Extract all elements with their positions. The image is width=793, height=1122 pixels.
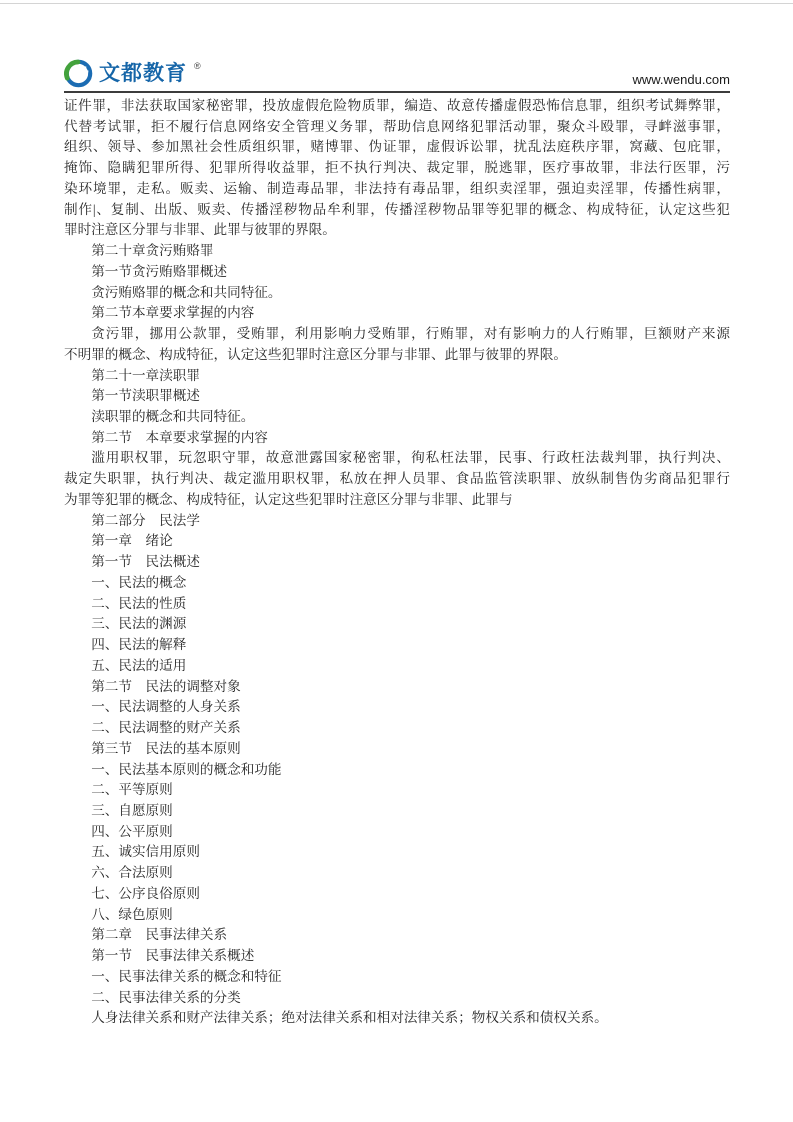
- text-line: 二、民法的性质: [64, 594, 730, 615]
- wendu-logo: 文都教育 ®: [64, 59, 200, 88]
- text-line: 第二十章贪污贿赂罪: [64, 241, 730, 262]
- page-edge-line: [0, 3, 793, 4]
- text-line: 第一节 民事法律关系概述: [64, 946, 730, 967]
- text-line: 五、诚实信用原则: [64, 842, 730, 863]
- text-line: 第二节 民法的调整对象: [64, 677, 730, 698]
- text-line: 三、民法的渊源: [64, 614, 730, 635]
- text-line: 第一节渎职罪概述: [64, 386, 730, 407]
- text-line: 第二节本章要求掌握的内容: [64, 303, 730, 324]
- text-line: 三、自愿原则: [64, 801, 730, 822]
- website-url: www.wendu.com: [632, 73, 730, 88]
- text-line: 为罪等犯罪的概念、构成特征，认定这些犯罪时注意区分罪与非罪、此罪与: [64, 490, 730, 511]
- text-line: 贪污罪，挪用公款罪，受贿罪，利用影响力受贿罪，行贿罪，对有影响力的人行贿罪，巨额…: [64, 324, 730, 345]
- text-line: 第三节 民法的基本原则: [64, 739, 730, 760]
- text-line: 罪时注意区分罪与非罪、此罪与彼罪的界限。: [64, 220, 730, 241]
- text-line: 六、合法原则: [64, 863, 730, 884]
- text-line: 第一节 民法概述: [64, 552, 730, 573]
- text-line: 第一节贪污贿赂罪概述: [64, 262, 730, 283]
- brand-name: 文都教育: [99, 63, 187, 84]
- registered-mark: ®: [194, 61, 201, 71]
- page-header: 文都教育 ® www.wendu.com: [64, 54, 730, 93]
- text-line: 组织、领导、参加黑社会性质组织罪，赌博罪、伪证罪，虚假诉讼罪，扰乱法庭秩序罪，窝…: [64, 137, 730, 158]
- text-line: 八、绿色原则: [64, 905, 730, 926]
- text-line: 掩饰、隐瞒犯罪所得、犯罪所得收益罪，拒不执行判决、裁定罪，脱逃罪，医疗事故罪，非…: [64, 158, 730, 179]
- text-line: 渎职罪的概念和共同特征。: [64, 407, 730, 428]
- text-line: 第二十一章渎职罪: [64, 366, 730, 387]
- text-line: 裁定失职罪，执行判决、裁定滥用职权罪，私放在押人员罪、食品监管渎职罪、放纵制售伪…: [64, 469, 730, 490]
- text-line: 一、民事法律关系的概念和特征: [64, 967, 730, 988]
- text-line: 二、民事法律关系的分类: [64, 988, 730, 1009]
- text-line: 第一章 绪论: [64, 531, 730, 552]
- text-line: 第二章 民事法律关系: [64, 925, 730, 946]
- text-line: 第二节 本章要求掌握的内容: [64, 428, 730, 449]
- document-body: 证件罪，非法获取国家秘密罪，投放虚假危险物质罪，编造、故意传播虚假恐怖信息罪，组…: [64, 96, 730, 1029]
- text-line: 五、民法的适用: [64, 656, 730, 677]
- document-page: 文都教育 ® www.wendu.com 证件罪，非法获取国家秘密罪，投放虚假危…: [0, 0, 793, 1122]
- text-line: 制作|、复制、出版、贩卖、传播淫秽物品牟利罪，传播淫秽物品罪等犯罪的概念、构成特…: [64, 200, 730, 221]
- text-line: 一、民法基本原则的概念和功能: [64, 760, 730, 781]
- wendu-circle-swoosh-icon: [64, 59, 93, 88]
- text-line: 一、民法调整的人身关系: [64, 697, 730, 718]
- text-line: 不明罪的概念、构成特征，认定这些犯罪时注意区分罪与非罪、此罪与彼罪的界限。: [64, 345, 730, 366]
- text-line: 人身法律关系和财产法律关系；绝对法律关系和相对法律关系；物权关系和债权关系。: [64, 1008, 730, 1029]
- text-line: 二、平等原则: [64, 780, 730, 801]
- text-line: 第二部分 民法学: [64, 511, 730, 532]
- text-line: 贪污贿赂罪的概念和共同特征。: [64, 283, 730, 304]
- text-line: 四、民法的解释: [64, 635, 730, 656]
- text-line: 代替考试罪，拒不履行信息网络安全管理义务罪，帮助信息网络犯罪活动罪，聚众斗殴罪，…: [64, 117, 730, 138]
- text-line: 染环境罪，走私。贩卖、运输、制造毒品罪，非法持有毒品罪，组织卖淫罪，强迫卖淫罪，…: [64, 179, 730, 200]
- text-line: 七、公序良俗原则: [64, 884, 730, 905]
- text-line: 一、民法的概念: [64, 573, 730, 594]
- text-line: 证件罪，非法获取国家秘密罪，投放虚假危险物质罪，编造、故意传播虚假恐怖信息罪，组…: [64, 96, 730, 117]
- text-line: 四、公平原则: [64, 822, 730, 843]
- text-line: 二、民法调整的财产关系: [64, 718, 730, 739]
- text-line: 滥用职权罪，玩忽职守罪，故意泄露国家秘密罪，徇私枉法罪，民事、行政枉法裁判罪，执…: [64, 448, 730, 469]
